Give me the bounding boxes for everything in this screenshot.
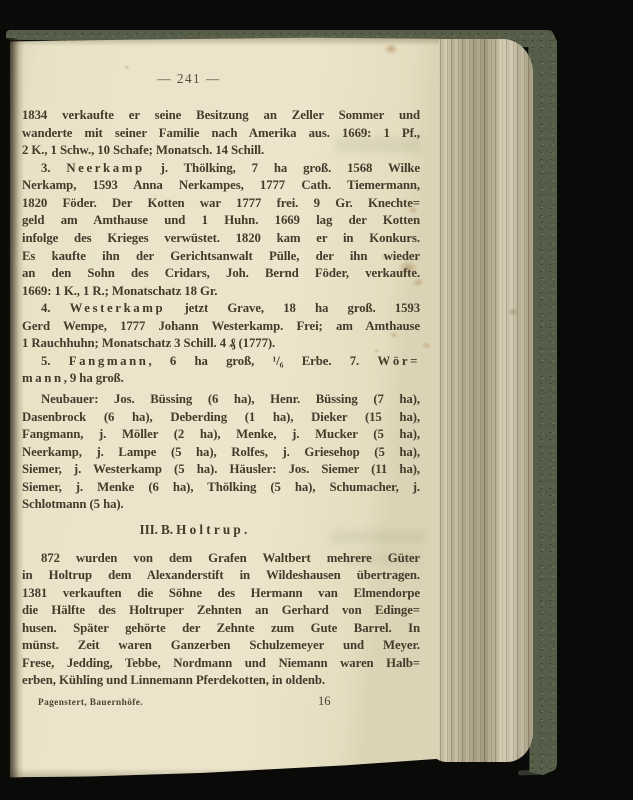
sheet-number: 16	[318, 694, 331, 709]
letterspaced-text: mann	[22, 371, 64, 385]
text-segment: münst. Zeit waren Ganzerben Schulzemeyer…	[22, 638, 420, 652]
text-line: die Hälfte des Holtruper Zehnten an Gerh…	[22, 602, 420, 620]
text-segment: Neerkamp, j. Lampe (5 ha), Rolfes, j. Gr…	[22, 445, 420, 459]
page-number-header: — 241 —	[26, 71, 352, 87]
text-segment: , 6 ha groß, ¹/₆ Erbe. 7.	[149, 354, 378, 368]
letterspaced-text: Wör=	[377, 354, 420, 368]
text-line: an den Sohn des Cridars, Joh. Bernd Föde…	[22, 265, 420, 283]
text-segment: 5.	[41, 354, 69, 368]
fore-edge-pages	[433, 39, 533, 762]
text-line: 1820 Föder. Der Kotten war 1777 frei. 9 …	[22, 195, 420, 213]
cover-edge-fragment	[518, 770, 546, 776]
text-segment: husen. Später gehörte der Zehnte zum Gut…	[22, 621, 420, 635]
text-line: 1 Rauchhuhn; Monatschatz 3 Schill. 4 ₰ (…	[22, 335, 420, 353]
text-line: wanderte mit seiner Familie nach Amerika…	[22, 125, 420, 143]
text-line: Nerkamp, 1593 Anna Nerkampes, 1777 Cath.…	[22, 177, 420, 195]
text-segment: 1820 Föder. Der Kotten war 1777 frei. 9 …	[22, 196, 420, 210]
letterspaced-text: Westerkamp	[70, 301, 166, 315]
text-line: infolge des Krieges verwüstet. 1820 kam …	[22, 230, 420, 248]
text-segment: III. B.	[140, 522, 177, 537]
text-line: mann, 9 ha groß.	[22, 370, 420, 388]
text-segment: Gerd Wempe, 1777 Johann Westerkamp. Frei…	[22, 319, 420, 333]
page-text-block: 1834 verkaufte er seine Besitzung an Zel…	[22, 107, 420, 690]
text-segment: in Holtrup dem Alexanderstift in Wildesh…	[22, 568, 420, 582]
text-segment: Siemer, j. Menke (6 ha), Thölking (5 ha)…	[22, 480, 420, 494]
letterspaced-text: Holtrup.	[176, 522, 250, 537]
text-line: in Holtrup dem Alexanderstift in Wildesh…	[22, 567, 420, 585]
text-line: Frese, Jedding, Tebbe, Nordmann und Niem…	[22, 655, 420, 673]
text-segment: 1381 verkauften die Söhne des Hermann va…	[22, 586, 420, 600]
text-line: 1834 verkaufte er seine Besitzung an Zel…	[22, 107, 420, 125]
letterspaced-text: Fangmann	[69, 354, 149, 368]
text-line: Neerkamp, j. Lampe (5 ha), Rolfes, j. Gr…	[22, 444, 420, 462]
text-segment: infolge des Krieges verwüstet. 1820 kam …	[22, 231, 420, 245]
text-segment: Nerkamp, 1593 Anna Nerkampes, 1777 Cath.…	[22, 178, 420, 192]
text-segment: 3.	[41, 161, 66, 175]
text-line: Siemer, j. Westerkamp (5 ha). Häusler: J…	[22, 461, 420, 479]
text-line: 4. Westerkamp jetzt Grave, 18 ha groß. 1…	[22, 300, 420, 318]
text-segment: Frese, Jedding, Tebbe, Nordmann und Niem…	[22, 656, 420, 670]
text-line: geld am Amthause und 1 Huhn. 1669 lag de…	[22, 212, 420, 230]
book-photo: — 241 — 1834 verkaufte er seine Besitzun…	[0, 0, 633, 800]
text-line: Schlotmann (5 ha).	[22, 496, 420, 514]
text-segment: Neubauer: Jos. Büssing (6 ha), Henr. Büs…	[41, 392, 420, 406]
text-segment: 872 wurden von dem Grafen Waltbert mehre…	[41, 551, 420, 565]
printer-signature: Pagenstert, Bauernhöfe.	[38, 698, 143, 708]
text-segment: j. Thölking, 7 ha groß. 1568 Wilke	[145, 161, 420, 175]
text-line: 1669: 1 K., 1 R.; Monatschatz 18 Gr.	[22, 283, 420, 301]
text-segment: Schlotmann (5 ha).	[22, 497, 124, 511]
text-line: 872 wurden von dem Grafen Waltbert mehre…	[22, 550, 420, 568]
text-line: Fangmann, j. Möller (2 ha), Menke, j. Mu…	[22, 426, 420, 444]
text-line: husen. Später gehörte der Zehnte zum Gut…	[22, 620, 420, 638]
text-line: 1381 verkauften die Söhne des Hermann va…	[22, 585, 420, 603]
text-segment: geld am Amthause und 1 Huhn. 1669 lag de…	[22, 213, 420, 227]
text-segment: Fangmann, j. Möller (2 ha), Menke, j. Mu…	[22, 427, 420, 441]
text-line: 5. Fangmann, 6 ha groß, ¹/₆ Erbe. 7. Wör…	[22, 353, 420, 371]
text-segment: 1834 verkaufte er seine Besitzung an Zel…	[22, 108, 420, 122]
text-segment: jetzt Grave, 18 ha groß. 1593	[165, 301, 420, 315]
text-line: Es kaufte ihn der Gerichtsanwalt Pülle, …	[22, 248, 420, 266]
text-line: Gerd Wempe, 1777 Johann Westerkamp. Frei…	[22, 318, 420, 336]
text-segment: an den Sohn des Cridars, Joh. Bernd Föde…	[22, 266, 420, 280]
text-segment: 1 Rauchhuhn; Monatschatz 3 Schill. 4 ₰ (…	[22, 336, 275, 350]
text-line: Neubauer: Jos. Büssing (6 ha), Henr. Büs…	[22, 391, 420, 409]
text-line: erben, Kühling und Linnemann Pferdekotte…	[22, 672, 420, 690]
text-segment: , 9 ha groß.	[64, 371, 124, 385]
text-segment: die Hälfte des Holtruper Zehnten an Gerh…	[22, 603, 420, 617]
text-segment: wanderte mit seiner Familie nach Amerika…	[22, 126, 420, 140]
section-heading: III. B. Holtrup.	[22, 521, 420, 539]
text-segment: 4.	[41, 301, 70, 315]
text-segment: Dasenbrock (6 ha), Deberding (1 ha), Die…	[22, 410, 420, 424]
text-segment: Es kaufte ihn der Gerichtsanwalt Pülle, …	[22, 249, 420, 263]
text-line: 3. Neerkamp j. Thölking, 7 ha groß. 1568…	[22, 160, 420, 178]
text-line: Siemer, j. Menke (6 ha), Thölking (5 ha)…	[22, 479, 420, 497]
text-line: münst. Zeit waren Ganzerben Schulzemeyer…	[22, 637, 420, 655]
text-segment: erben, Kühling und Linnemann Pferdekotte…	[22, 673, 325, 687]
text-line: Dasenbrock (6 ha), Deberding (1 ha), Die…	[22, 409, 420, 427]
text-line: 2 K., 1 Schw., 10 Schafe; Monatsch. 14 S…	[22, 142, 420, 160]
text-segment: 2 K., 1 Schw., 10 Schafe; Monatsch. 14 S…	[22, 143, 264, 157]
letterspaced-text: Neerkamp	[66, 161, 144, 175]
text-segment: 1669: 1 K., 1 R.; Monatschatz 18 Gr.	[22, 284, 217, 298]
text-segment: Siemer, j. Westerkamp (5 ha). Häusler: J…	[22, 462, 420, 476]
